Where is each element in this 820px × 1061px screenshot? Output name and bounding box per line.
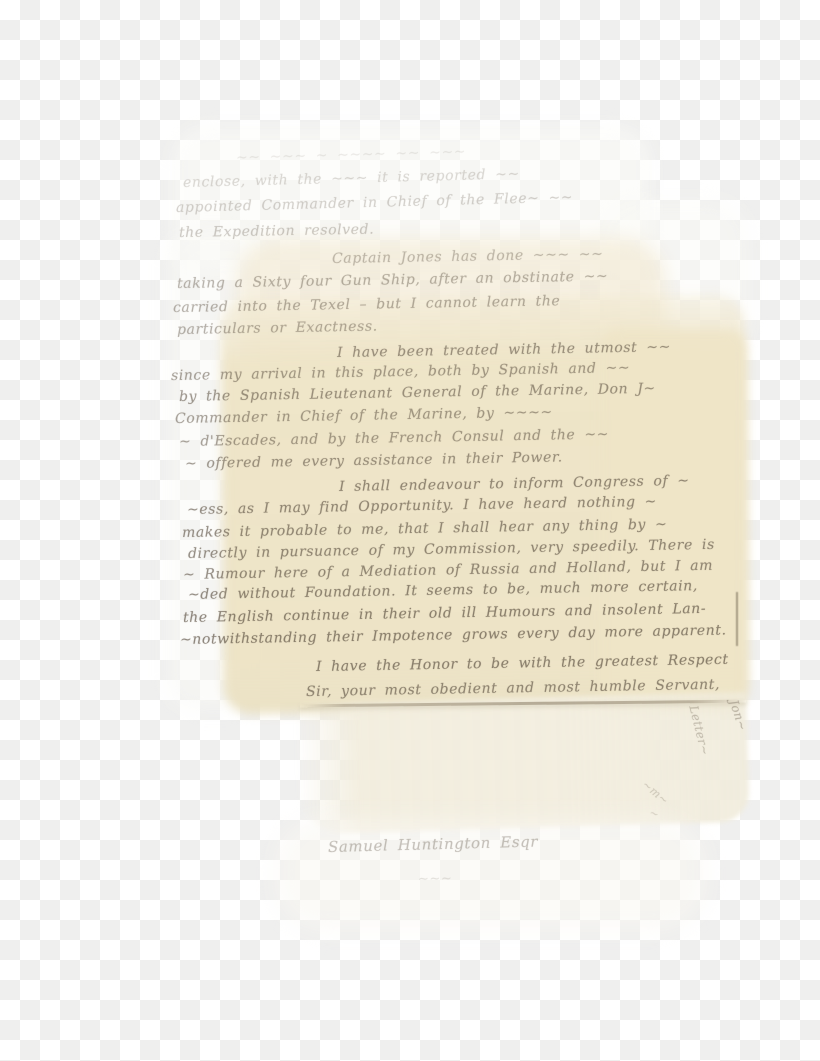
docket-annotation: ∼: [648, 806, 662, 822]
docket-annotation: ∼m∼: [640, 778, 672, 807]
docket-annotations: Jon∼Letter∼∼m∼∼: [0, 0, 820, 1061]
docket-annotation: Jon∼: [727, 698, 750, 733]
letter-document: ∼∼ ∼∼∼ ∼ ∼∼∼∼ ∼∼ ∼∼∼enclose, with the ∼∼…: [0, 0, 820, 1061]
docket-annotation: Letter∼: [686, 704, 712, 757]
